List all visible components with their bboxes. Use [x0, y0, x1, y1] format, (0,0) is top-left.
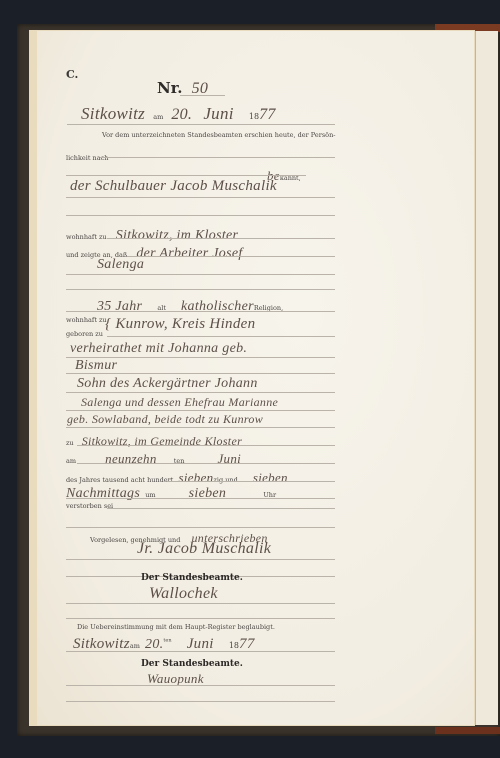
spouse-hand: Bismur [75, 358, 117, 374]
birthplace-hand: { Kunrow, Kreis Hinden [105, 316, 255, 333]
rule [66, 701, 335, 702]
cert-day-suffix: ten [163, 638, 171, 644]
registrar-title: Der Standesbeamte. [141, 573, 243, 583]
header-month: Juni [203, 104, 233, 123]
age-religion-line: 35 Jahr alt katholischerReligion, [97, 295, 283, 315]
section-letter: C. [66, 68, 78, 81]
cert-month-hand: Juni [187, 636, 214, 652]
rule [66, 410, 335, 411]
rule [66, 651, 335, 652]
death-place-line: zu Sitkowitz, im Gemeinde Kloster [66, 430, 242, 449]
death-date-label: am [66, 457, 76, 465]
cert-year-printed: 18 [229, 641, 239, 650]
cover-binding-edge-bottom [435, 727, 500, 734]
rule [66, 289, 335, 290]
rule [66, 274, 335, 275]
rule [180, 95, 225, 96]
birthplace-text: Kunrow, Kreis Hinden [115, 316, 255, 332]
header-year-hand: 77 [259, 106, 276, 123]
born-label: geboren zu [66, 330, 103, 338]
header-day: 20. [171, 106, 192, 123]
record-number-label: Nr. [157, 79, 182, 97]
cert-year-hand: 77 [239, 636, 255, 652]
declarant-name: der Schulbauer Jacob Muschalik [70, 178, 277, 195]
rule [66, 311, 335, 312]
rule [66, 197, 335, 198]
rule [66, 175, 306, 176]
time-line: Nachmittags um sieben Uhr [66, 482, 276, 502]
death-date-line: am neunzehn ten Juni [66, 448, 241, 467]
rule [107, 508, 335, 509]
rule [67, 124, 335, 125]
parents-hand-3: geb. Sowlaband, beide todt zu Kunrow [67, 412, 263, 427]
parents-hand-1: Sohn des Ackergärtner Johann [77, 376, 258, 392]
death-place-label: zu [66, 439, 74, 447]
declarant-signature: Jr. Jacob Muschalik [137, 540, 271, 558]
parents-hand-2: Salenga und dessen Ehefrau Marianne [81, 395, 278, 410]
rule [66, 392, 335, 393]
rule [127, 256, 335, 257]
dwelling-label: wohnhaft zu [66, 316, 107, 324]
intro-text: Vor dem unterzeichneten Standesbeamten e… [102, 131, 335, 139]
deceased-hand-2: Salenga [97, 257, 144, 273]
deceased-hand-1: der Arbeiter Josef [136, 246, 242, 261]
rule [66, 427, 335, 428]
rule [66, 373, 335, 374]
cert-place-hand: Sitkowitz [73, 636, 130, 652]
registrar-signature: Wallochek [149, 585, 218, 603]
rule [66, 498, 335, 499]
identity-label: lichkeit nach [66, 154, 108, 162]
rule [66, 603, 335, 604]
cert-day-hand: 20. [145, 637, 163, 652]
header-date-line: Sitkowitz am 20. Juni 1877 [81, 104, 276, 124]
reported-line: und zeigte an, daß der Arbeiter Josef [66, 242, 243, 262]
rule [77, 445, 335, 446]
residence-line: wohnhaft zu Sitkowitz, im Kloster [66, 224, 238, 244]
rule [66, 685, 335, 686]
header-year-printed: 18 [249, 112, 259, 121]
header-on-label: am [153, 113, 163, 121]
rule [107, 238, 335, 239]
rule [100, 157, 335, 158]
cert-date-line: Sitkowitzam 20.ten Juni 1877 [73, 633, 255, 653]
rule [107, 336, 335, 337]
rule [66, 215, 335, 216]
facing-page [475, 31, 498, 725]
certification-text: Die Uebereinstimmung mit dem Haupt-Regis… [77, 623, 275, 631]
rule [66, 559, 335, 560]
rule [77, 463, 335, 464]
residence-hand: Sitkowitz, im Kloster [116, 228, 239, 243]
registrar-title-2: Der Standesbeamte. [141, 659, 243, 669]
cert-on-label: am [130, 642, 140, 650]
married-hand: verheirathet mit Johanna geb. [70, 341, 247, 357]
register-page: C. Nr. 50 Sitkowitz am 20. Juni 1877 Vor… [37, 31, 474, 725]
header-place: Sitkowitz [81, 104, 145, 123]
residence-label: wohnhaft zu [66, 233, 107, 241]
rule [66, 618, 335, 619]
